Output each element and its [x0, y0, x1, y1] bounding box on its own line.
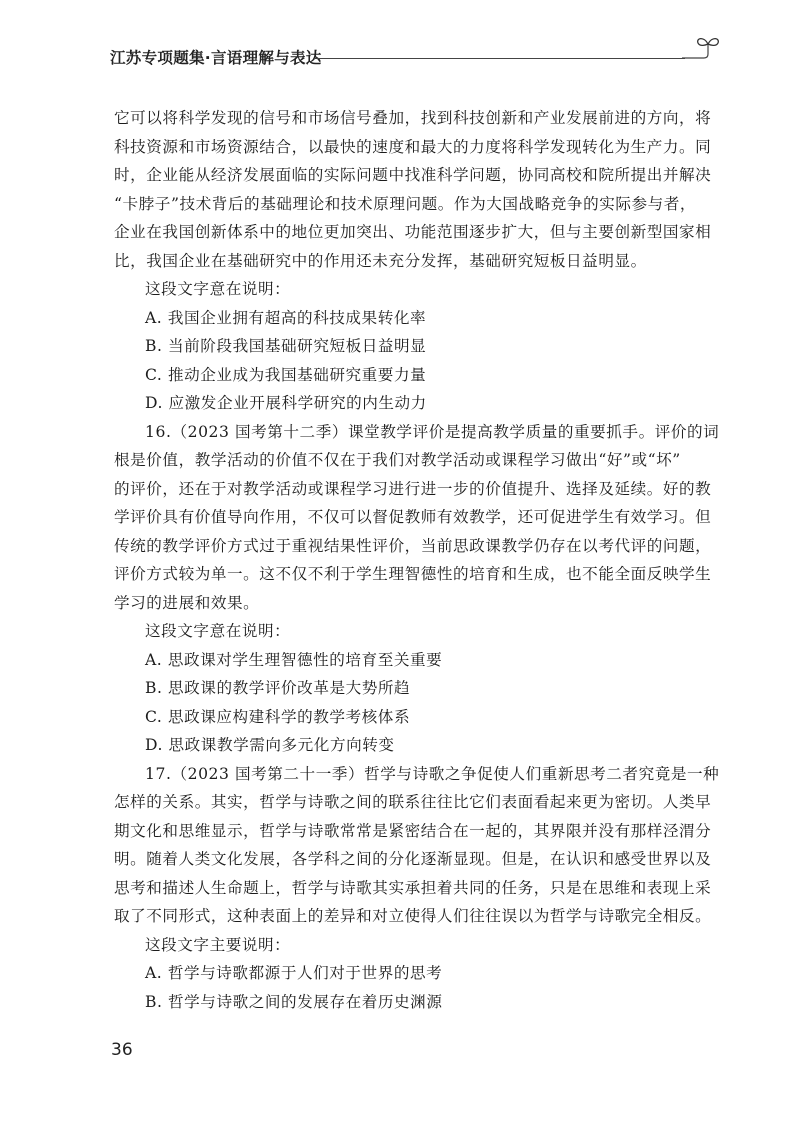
question-stem-line: 思考和描述人生命题上，哲学与诗歌其实承担着共同的任务，只是在思维和表现上采	[114, 874, 711, 902]
running-header-title: 江苏专项题集·言语理解与表达	[110, 46, 322, 68]
option-d: D. 应激发企业开展科学研究的内生动力	[145, 389, 427, 417]
passage-line: 比，我国企业在基础研究中的作用还未充分发挥，基础研究短板日益明显。	[114, 247, 647, 275]
passage-line: 时，企业能从经济发展面临的实际问题中找准科学问题，协同高校和院所提出并解决	[114, 161, 711, 189]
option-c: C. 思政课应构建科学的教学考核体系	[145, 703, 410, 731]
question-stem-line: 16.（2023 国考第十二季）课堂教学评价是提高教学质量的重要抓手。评价的词	[145, 418, 719, 446]
question-prompt: 这段文字意在说明：	[145, 617, 290, 645]
passage-line: “卡脖子”技术背后的基础理论和技术原理问题。作为大国战略竞争的实际参与者，	[114, 190, 696, 218]
question-stem-line: 明。随着人类文化发展，各学科之间的分化逐渐显现。但是，在认识和感受世界以及	[114, 845, 711, 873]
question-stem-line: 传统的教学评价方式过于重视结果性评价，当前思政课教学仍存在以考代评的问题，	[114, 532, 711, 560]
option-a: A. 思政课对学生理智德性的培育至关重要	[145, 646, 442, 674]
option-d: D. 思政课教学需向多元化方向转变	[145, 731, 395, 759]
option-b: B. 当前阶段我国基础研究短板日益明显	[145, 332, 426, 360]
option-a: A. 哲学与诗歌都源于人们对于世界的思考	[145, 959, 442, 987]
passage-line: 企业在我国创新体系中的地位更加突出、功能范围逐步扩大，但与主要创新型国家相	[114, 218, 711, 246]
option-c: C. 推动企业成为我国基础研究重要力量	[145, 361, 426, 389]
question-stem-line: 17.（2023 国考第二十一季）哲学与诗歌之争促使人们重新思考二者究竟是一种	[145, 760, 719, 788]
question-stem-line: 根是价值，教学活动的价值不仅在于我们对教学活动或课程学习做出“好”或“坏”	[114, 446, 681, 474]
question-stem-line: 期文化和思维显示，哲学与诗歌常常是紧密结合在一起的，其界限并没有那样泾渭分	[114, 817, 711, 845]
option-a: A. 我国企业拥有超高的科技成果转化率	[145, 304, 426, 332]
question-prompt: 这段文字主要说明：	[145, 931, 290, 959]
running-header: 江苏专项题集·言语理解与表达	[110, 42, 740, 72]
question-stem-line: 怎样的关系。其实，哲学与诗歌之间的联系往往比它们表面看起来更为密切。人类早	[114, 788, 711, 816]
question-stem-line: 取了不同形式，这种表面上的差异和对立使得人们往往误以为哲学与诗歌完全相反。	[114, 902, 711, 930]
question-stem-line: 的评价，还在于对教学活动或课程学习进行进一步的价值提升、选择及延续。好的教	[114, 475, 711, 503]
question-stem-line: 评价方式较为单一。这不仅不利于学生理智德性的培育和生成，也不能全面反映学生	[114, 560, 711, 588]
sprout-icon	[682, 34, 722, 60]
question-prompt: 这段文字意在说明：	[145, 275, 290, 303]
page-number: 36	[111, 1040, 133, 1060]
option-b: B. 哲学与诗歌之间的发展存在着历史渊源	[145, 988, 442, 1016]
question-stem-line: 学评价具有价值导向作用，不仅可以督促教师有效教学，还可促进学生有效学习。但	[114, 503, 711, 531]
header-rule	[313, 58, 685, 59]
question-stem-line: 学习的进展和效果。	[114, 589, 259, 617]
passage-line: 它可以将科学发现的信号和市场信号叠加，找到科技创新和产业发展前进的方向，将	[114, 104, 711, 132]
option-b: B. 思政课的教学评价改革是大势所趋	[145, 674, 410, 702]
passage-line: 科技资源和市场资源结合，以最快的速度和最大的力度将科学发现转化为生产力。同	[114, 133, 711, 161]
